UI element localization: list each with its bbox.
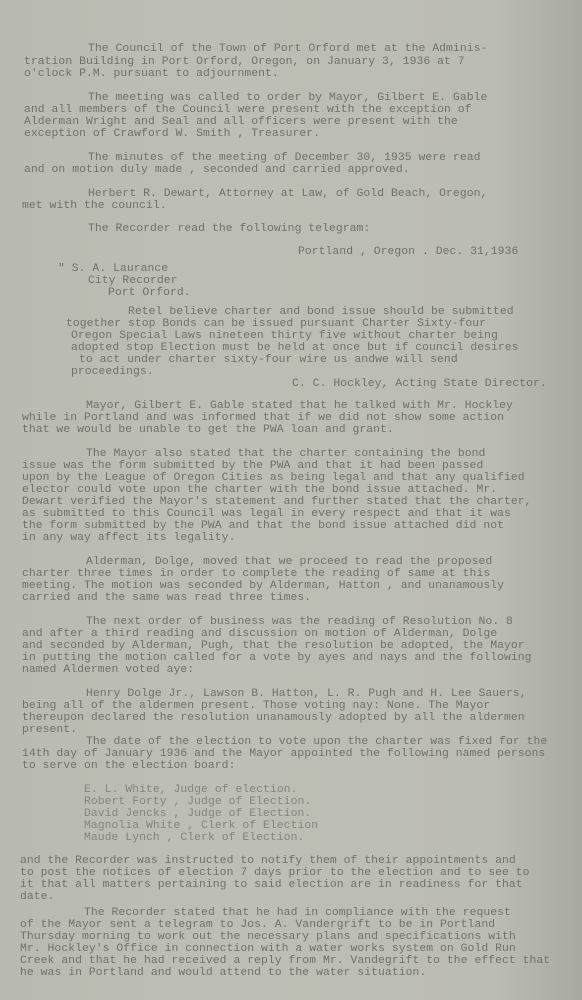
text-line: The Recorder stated that he had in compl… [84,907,511,919]
telegram-body: to act under charter sixty-four wire us … [79,354,458,366]
election-board-member: Maude Lynch , Clerk of Election. [84,832,304,844]
text-line: as submitted to this Council was legal i… [22,508,511,520]
text-line: elector could vote upon the charter with… [22,484,497,496]
text-line: The Recorder read the following telegram… [88,223,370,235]
text-line: and after a third reading and discussion… [22,628,497,640]
text-line: while in Portland and was informed that … [22,412,504,424]
text-line: The meeting was called to order by Mayor… [88,92,487,104]
text-line: in putting the motion called for a vote … [22,652,532,664]
text-line: named Aldermen voted aye: [22,664,194,676]
telegram-body: proceedings. [71,366,154,378]
text-line: Mayor, Gilbert E. Gable stated that he t… [86,400,513,412]
telegram-body: Oregon Special Laws nineteen thirty five… [71,330,498,342]
telegram-signature: C. C. Hockley, Acting State Director. [292,378,547,390]
text-line: Alderman, Dolge, moved that we proceed t… [86,556,492,568]
typed-minutes-page: The Council of the Town of Port Orford m… [0,0,582,1000]
text-line: charter three times in order to complete… [22,568,490,580]
text-line: and on motion duly made , seconded and c… [24,164,410,176]
telegram-addressee: City Recorder [88,275,178,287]
text-line: meeting. The motion was seconded by Alde… [22,580,504,592]
text-line: it that all matters pertaining to said e… [20,879,523,891]
text-line: The Mayor also stated that the charter c… [86,448,485,460]
text-line: Alderman Wright and Seal and all officer… [24,116,458,128]
text-line: The date of the election to vote upon th… [86,736,547,748]
text-line: of the Mayor sent a telegram to Jos. A. … [20,919,495,931]
text-line: the form submitted by the PWA and that t… [22,520,504,532]
text-line: present. [22,724,77,736]
text-line: met with the council. [22,200,167,212]
text-line: The Council of the Town of Port Orford m… [88,43,487,55]
text-line: Henry Dolge Jr., Lawson B. Hatton, L. R.… [86,688,527,700]
text-line: o'clock P.M. pursuant to adjournment. [24,68,279,80]
text-line: Dewart verified the Mayor's statement an… [22,496,532,508]
election-board-member: Robert Forty , Judge of Election. [84,796,311,808]
election-board-member: E. L. White, Judge of election. [84,784,297,796]
text-line: issue was the form submitted by the PWA … [22,460,483,472]
election-board-member: David Jencks , Judge of Election. [84,808,311,820]
text-line: to serve on the election board: [22,760,235,772]
text-line: he was in Portland and would attend to t… [20,967,426,979]
telegram-place-date: Portland , Oregon . Dec. 31,1936 [298,246,518,258]
telegram-addressee: " S. A. Laurance [58,263,168,275]
text-line: to post the notices of election 7 days p… [20,867,530,879]
text-line: and seconded by Alderman, Pugh, that the… [22,640,525,652]
text-line: that we would be unable to get the PWA l… [22,424,394,436]
text-line: exception of Crawford W. Smith , Treasur… [24,128,320,140]
telegram-addressee: Port Orford. [108,287,191,299]
text-line: 14th day of January 1936 and the Mayor a… [22,748,545,760]
telegram-body: adopted stop Election must be held at on… [71,342,519,354]
text-line: date. [20,891,54,903]
text-line: in any way affect its legality. [22,532,235,544]
text-line: Herbert R. Dewart, Attorney at Law, of G… [88,188,487,200]
text-line: and all members of the Council were pres… [24,104,472,116]
text-line: and the Recorder was instructed to notif… [20,855,516,867]
text-line: Mr. Hockley's Office in connection with … [20,943,516,955]
text-line: The next order of business was the readi… [86,616,513,628]
text-line: upon by the League of Oregon Cities as b… [22,472,525,484]
text-line: Thursday morning to work out the necessa… [20,931,516,943]
text-line: The minutes of the meeting of December 3… [88,152,480,164]
election-board-member: Magnolia White , Clerk of Election [84,820,318,832]
text-line: being all of the aldermen present. Those… [22,700,490,712]
text-line: carried and the same was read three time… [22,592,311,604]
text-line: tration Building in Port Orford, Oregon,… [24,56,465,68]
text-line: thereupon declared the resolution unanam… [22,712,525,724]
text-line: Creek and that he had received a reply f… [20,955,550,967]
telegram-body: Retel believe charter and bond issue sho… [128,306,514,318]
telegram-body: together stop Bonds can be issued pursua… [66,318,486,330]
